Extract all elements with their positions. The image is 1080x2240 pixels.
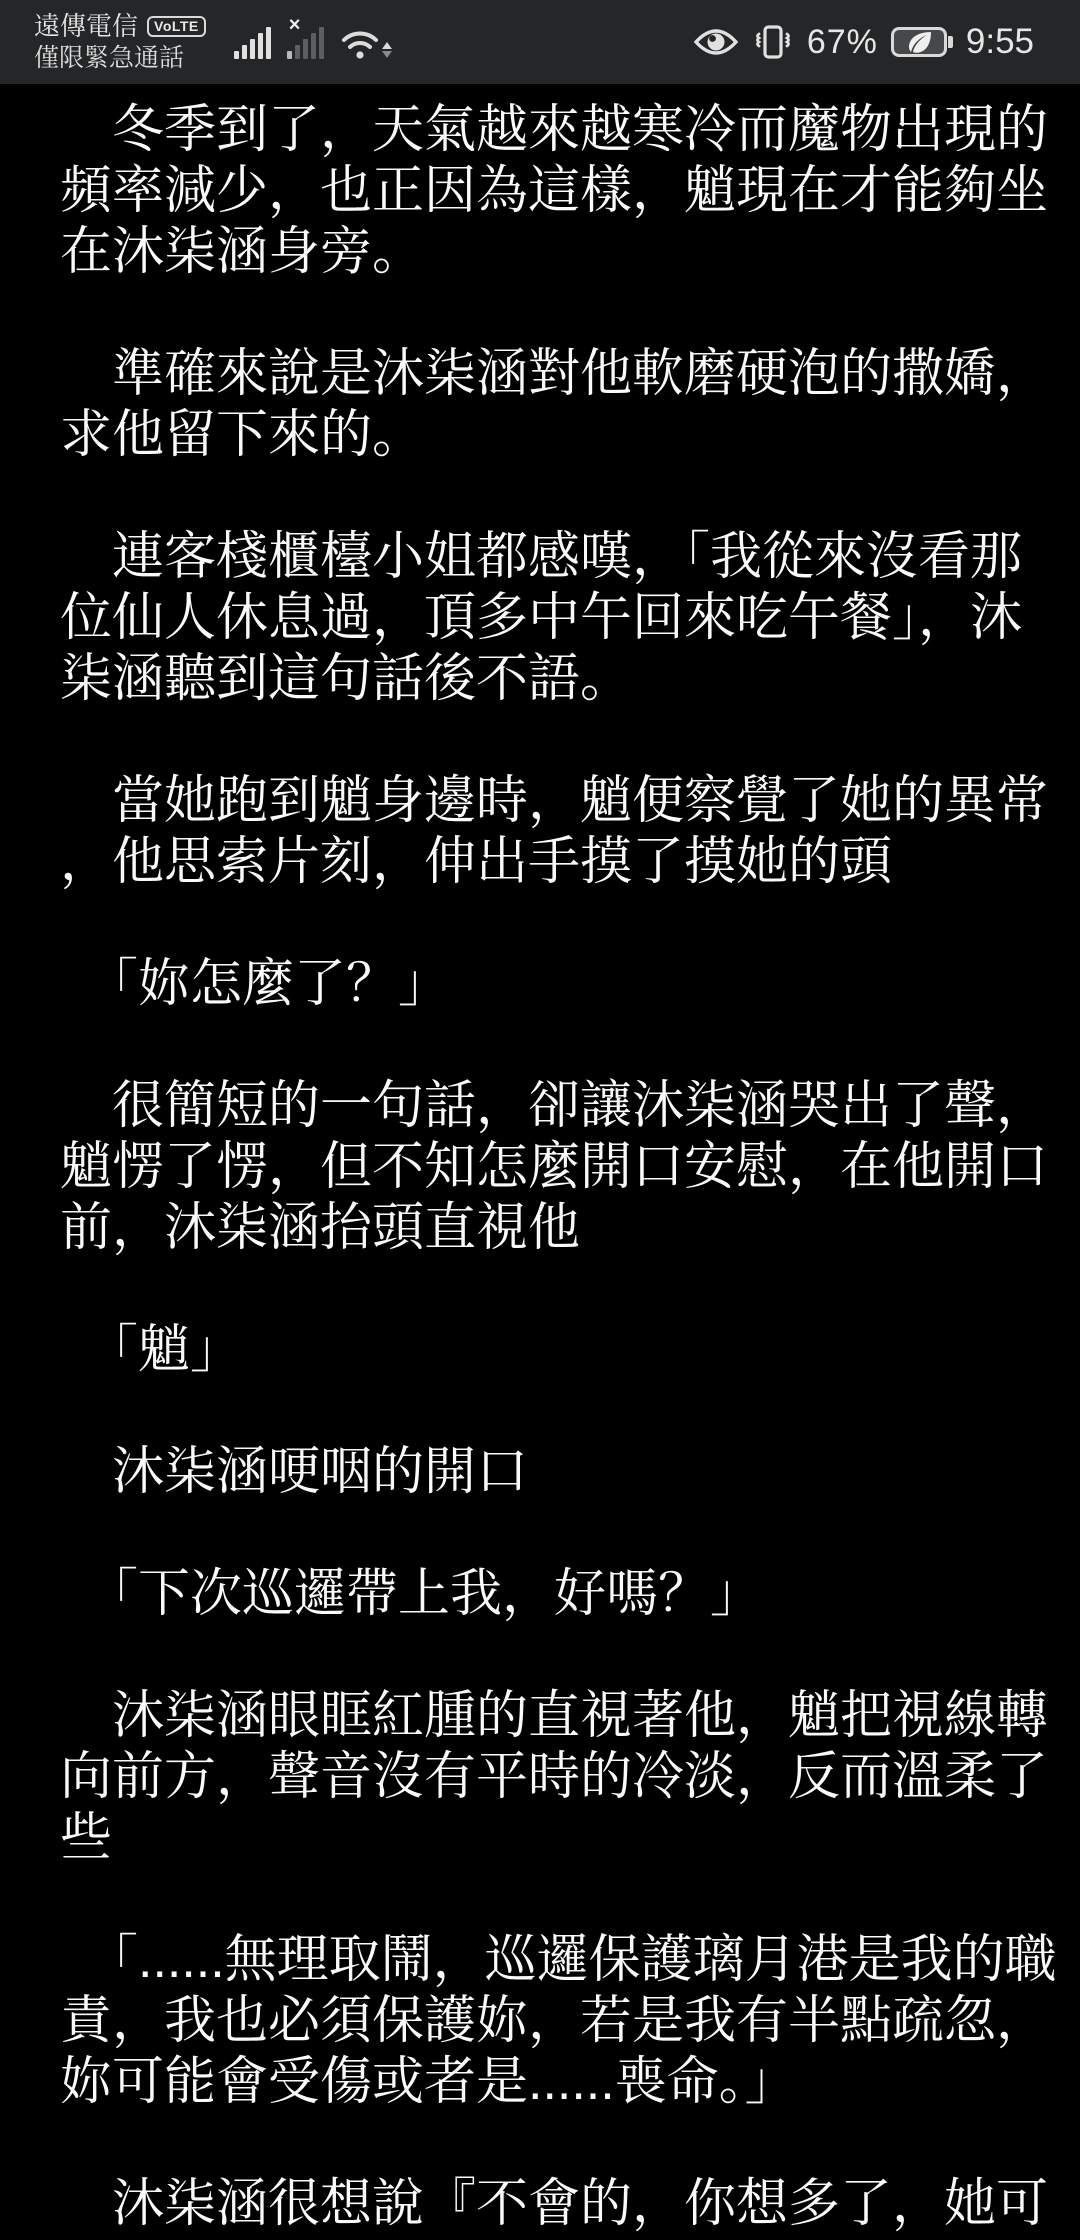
paragraph: 「妳怎麼了？」 xyxy=(60,954,1050,1015)
clock-label: 9:55 xyxy=(966,22,1034,62)
paragraph: 準確來說是沐柒涵對他軟磨硬泡的撒嬌， 求他留下來的。 xyxy=(60,344,1050,466)
paragraph: 「......無理取鬧，巡邏保護璃月港是我的職 責，我也必須保護妳，若是我有半點… xyxy=(60,1930,1050,2113)
paragraph: 冬季到了，天氣越來越寒冷而魔物出現的 頻率減少，也正因為這樣，魈現在才能夠坐 在… xyxy=(60,100,1050,283)
vibrate-icon xyxy=(752,25,794,59)
paragraph: 連客棧櫃檯小姐都感嘆，「我從來沒看那 位仙人休息過，頂多中午回來吃午餐」，沐 柒… xyxy=(60,527,1050,710)
paragraph: 沐柒涵很想說『不會的，你想多了，她可 xyxy=(60,2174,1050,2235)
sim2-no-service-icon: × xyxy=(287,27,324,59)
wifi-icon xyxy=(340,27,392,59)
carrier-label: 遠傳電信 xyxy=(34,10,138,43)
signal-cluster: × xyxy=(234,27,392,59)
paragraph: 當她跑到魈身邊時，魈便察覺了她的異常 ，他思索片刻，伸出手摸了摸她的頭 xyxy=(60,771,1050,893)
paragraph: 「下次巡邏帶上我，好嗎？」 xyxy=(60,1564,1050,1625)
paragraph: 沐柒涵眼眶紅腫的直視著他，魈把視線轉 向前方，聲音沒有平時的冷淡，反而溫柔了 些 xyxy=(60,1686,1050,1869)
emergency-calls-only-label: 僅限緊急通話 xyxy=(34,43,206,74)
no-service-x-icon: × xyxy=(289,15,301,35)
paragraph: 「魈」 xyxy=(60,1320,1050,1381)
volte-badge: VoLTE xyxy=(147,16,206,37)
reader-scroll-area[interactable]: 冬季到了，天氣越來越寒冷而魔物出現的 頻率減少，也正因為這樣，魈現在才能夠坐 在… xyxy=(0,84,1080,2235)
wifi-traffic-arrows-icon xyxy=(382,42,392,58)
paragraph: 很簡短的一句話，卻讓沐柒涵哭出了聲， 魈愣了愣，但不知怎麼開口安慰，在他開口 前… xyxy=(60,1076,1050,1259)
eye-comfort-icon xyxy=(693,27,739,57)
paragraph: 沐柒涵哽咽的開口 xyxy=(60,1442,1050,1503)
status-bar: 遠傳電信 VoLTE 僅限緊急通話 × xyxy=(0,0,1080,84)
leaf-icon xyxy=(904,30,934,54)
carrier-block: 遠傳電信 VoLTE 僅限緊急通話 xyxy=(34,10,206,74)
battery-percent-label: 67% xyxy=(807,23,878,62)
status-right-cluster: 67% 9:55 xyxy=(693,22,1080,62)
sim1-signal-icon xyxy=(234,27,271,59)
paragraph-list: 冬季到了，天氣越來越寒冷而魔物出現的 頻率減少，也正因為這樣，魈現在才能夠坐 在… xyxy=(60,100,1050,2235)
battery-saver-icon xyxy=(891,27,947,57)
